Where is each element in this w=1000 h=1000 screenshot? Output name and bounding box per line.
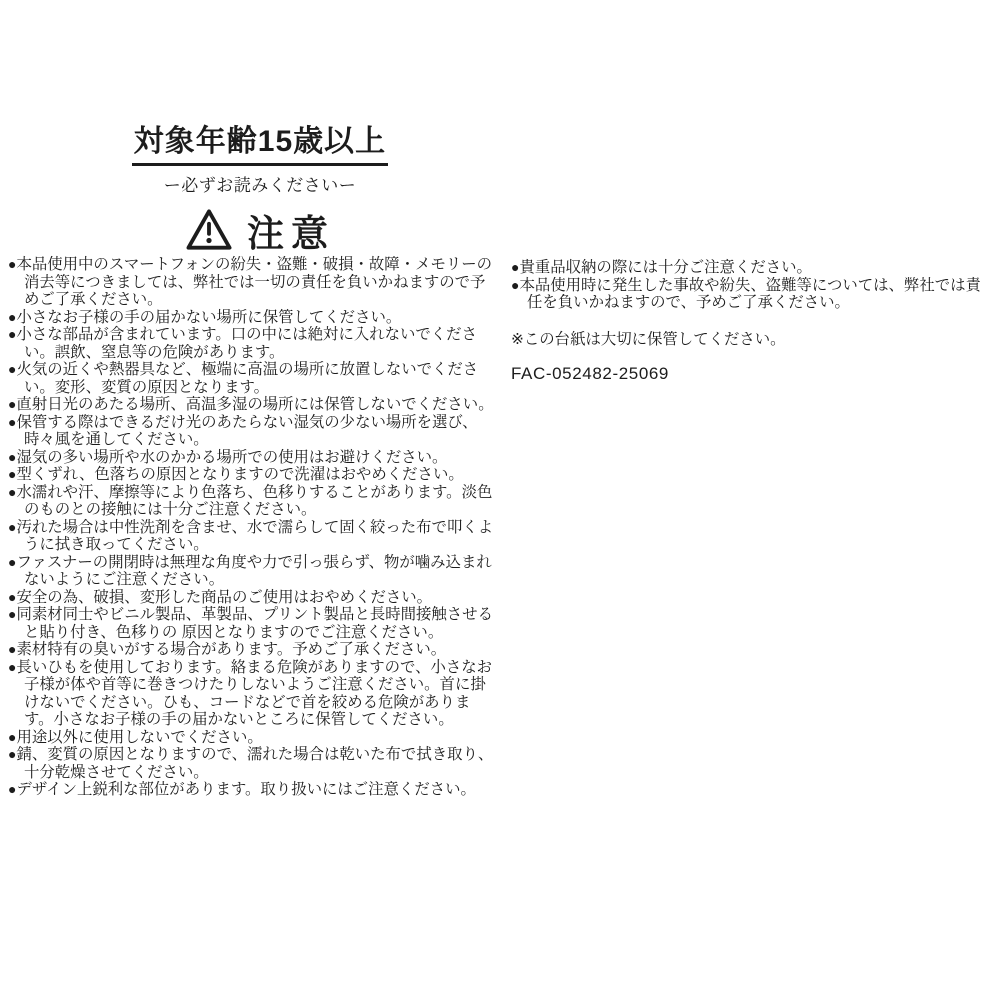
warning-item: 素材特有の臭いがする場合があります。予めご了承ください。 (8, 641, 494, 659)
warning-item: 用途以外に使用しないでください。 (8, 729, 494, 747)
caution-heading-row: 注意 (90, 203, 430, 257)
warning-item: 小さなお子様の手の届かない場所に保管してください。 (8, 309, 494, 327)
warning-item: 直射日光のあたる場所、高温多湿の場所には保管しないでください。 (8, 396, 494, 414)
warning-item: 貴重品収納の際には十分ご注意ください。 (511, 259, 993, 277)
caution-card: 対象年齢15歳以上 ー必ずお読みくださいー 注意 本品使用中のスマートフォンの紛… (0, 0, 1000, 1000)
warning-item: ファスナーの開閉時は無理な角度や力で引っ張らず、物が噛み込まれないようにご注意く… (8, 554, 494, 589)
warnings-list-right: 貴重品収納の際には十分ご注意ください。 本品使用時に発生した事故や紛失、盗難等に… (511, 259, 993, 312)
warning-item: 同素材同士やビニル製品、革製品、プリント製品と長時間接触させると貼り付き、色移り… (8, 606, 494, 641)
keep-card-note: ※この台紙は大切に保管してください。 (511, 331, 993, 349)
warning-item: 保管する際はできるだけ光のあたらない湿気の少ない場所を選び、時々風を通してくださ… (8, 414, 494, 449)
warning-item: 本品使用中のスマートフォンの紛失・盗難・破損・故障・メモリーの消去等につきまして… (8, 256, 494, 309)
warning-item: 汚れた場合は中性洗剤を含ませ、水で濡らして固く絞った布で叩くように拭き取ってくだ… (8, 519, 494, 554)
warning-item: 湿気の多い場所や水のかかる場所での使用はお避けください。 (8, 449, 494, 467)
warning-item: 長いひもを使用しております。絡まる危険がありますので、小さなお子様が体や首等に巻… (8, 659, 494, 729)
warning-item: 錆、変質の原因となりますので、濡れた場合は乾いた布で拭き取り、十分乾燥させてくだ… (8, 746, 494, 781)
warning-item: 安全の為、破損、変形した商品のご使用はおやめください。 (8, 589, 494, 607)
warning-item: 小さな部品が含まれています。口の中には絶対に入れないでください。誤飲、窒息等の危… (8, 326, 494, 361)
caution-heading: 注意 (247, 203, 335, 257)
product-code: FAC-052482-25069 (511, 365, 993, 383)
warning-item: 火気の近くや熱器具など、極端に高温の場所に放置しないでください。変形、変質の原因… (8, 361, 494, 396)
warning-item: 水濡れや汗、摩擦等により色落ち、色移りすることがあります。淡色のものとの接触には… (8, 484, 494, 519)
warning-item: 本品使用時に発生した事故や紛失、盗難等については、弊社では責任を負いかねますので… (511, 277, 993, 312)
header: 対象年齢15歳以上 ー必ずお読みくださいー 注意 (90, 116, 430, 257)
warnings-list-left: 本品使用中のスマートフォンの紛失・盗難・破損・故障・メモリーの消去等につきまして… (8, 256, 494, 799)
age-notice-title: 対象年齢15歳以上 (132, 116, 388, 166)
warning-item: 型くずれ、色落ちの原因となりますので洗濯はおやめください。 (8, 466, 494, 484)
warning-triangle-icon (185, 208, 233, 252)
warning-item: デザイン上鋭利な部位があります。取り扱いにはご注意ください。 (8, 781, 494, 799)
warnings-column-left: 本品使用中のスマートフォンの紛失・盗難・破損・故障・メモリーの消去等につきまして… (8, 256, 494, 799)
warnings-column-right: 貴重品収納の際には十分ご注意ください。 本品使用時に発生した事故や紛失、盗難等に… (511, 259, 993, 383)
read-notice-subtitle: ー必ずお読みくださいー (90, 171, 430, 196)
